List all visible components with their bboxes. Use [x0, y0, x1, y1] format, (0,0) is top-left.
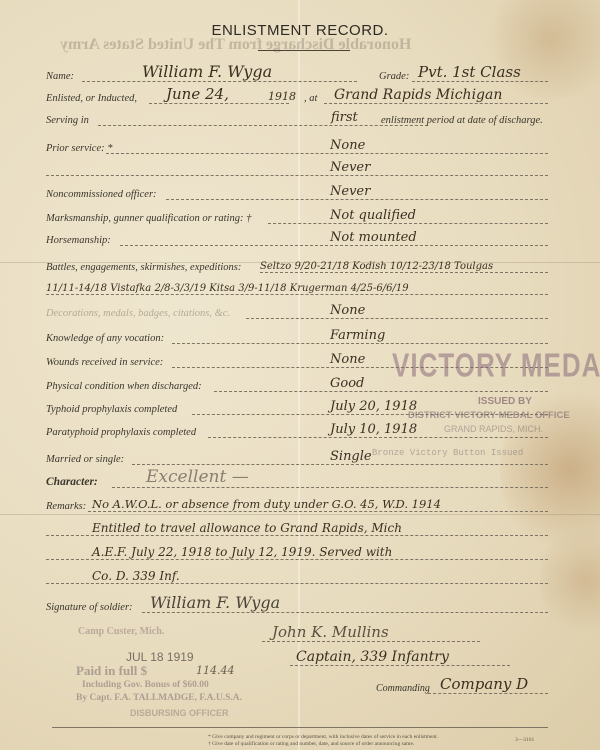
- battles-value-2: 11/11-14/18 Vistafka 2/8-3/3/19 Kitsa 3/…: [46, 283, 409, 294]
- character-value: Excellent —: [146, 467, 249, 487]
- marksmanship-label: Marksmanship, gunner qualification or ra…: [46, 213, 251, 224]
- wounds-label: Wounds received in service:: [46, 357, 163, 368]
- field-prior-service: Prior service: * None: [46, 138, 548, 156]
- marksmanship-value: Not qualified: [330, 208, 416, 223]
- enlisted-label: Enlisted, or Inducted,: [46, 93, 137, 104]
- field-character: Character: Excellent —: [46, 472, 548, 490]
- field-remarks-3: A.E.F. July 22, 1918 to July 12, 1919. S…: [46, 544, 548, 562]
- name-value: William F. Wyga: [142, 62, 272, 81]
- issued-by-stamp: ISSUED BY: [478, 396, 532, 407]
- officer-signature: John K. Mullins: [272, 623, 389, 641]
- document-title: ENLISTMENT RECORD.: [0, 22, 600, 39]
- soldier-signature: William F. Wyga: [150, 593, 280, 612]
- grade-value: Pvt. 1st Class: [418, 63, 521, 81]
- field-enlisted: Enlisted, or Inducted, June 24, 1918 , a…: [46, 88, 548, 106]
- field-signature: Signature of soldier: William F. Wyga: [46, 597, 548, 615]
- remarks-label: Remarks:: [46, 501, 86, 512]
- decorations-value: None: [330, 303, 365, 318]
- commanding-row: Commanding Company D: [376, 678, 560, 696]
- officer-title: Captain, 339 Infantry: [296, 649, 449, 665]
- by-officer-stamp: By Capt. F.A. TALLMADGE, F.A.U.S.A.: [76, 693, 242, 703]
- paid-date-stamp: JUL 18 1919: [126, 650, 194, 664]
- district-office-stamp: DISTRICT VICTORY MEDAL OFFICE: [408, 410, 570, 421]
- prior-service-value-2: Never: [330, 160, 370, 175]
- field-horsemanship: Horsemanship: Not mounted: [46, 230, 548, 248]
- form-number: 3—3161: [515, 737, 534, 743]
- field-remarks-2: Entitled to travel allowance to Grand Ra…: [46, 520, 548, 538]
- nco-label: Noncommissioned officer:: [46, 189, 157, 200]
- battles-label: Battles, engagements, skirmishes, expedi…: [46, 262, 241, 273]
- serving-label: Serving in: [46, 115, 89, 126]
- vocation-label: Knowledge of any vocation:: [46, 333, 164, 344]
- battles-value-1: Seltzo 9/20-21/18 Kodish 10/12-23/18 Tou…: [260, 261, 493, 272]
- paid-amount: 114.44: [196, 664, 235, 677]
- married-label: Married or single:: [46, 454, 124, 465]
- bronze-button-stamp: Bronze Victory Button Issued: [372, 448, 523, 458]
- enlisted-place: Grand Rapids Michigan: [334, 87, 502, 103]
- enlisted-at-label: , at: [304, 93, 317, 104]
- name-label: Name:: [46, 71, 74, 82]
- field-vocation: Knowledge of any vocation: Farming: [46, 328, 548, 346]
- remarks-line-4: Co. D. 339 Inf.: [92, 569, 180, 583]
- commanding-label: Commanding: [376, 683, 430, 694]
- officer-signature-row: John K. Mullins: [262, 626, 480, 644]
- grade-label: Grade:: [379, 71, 409, 82]
- field-name: Name: William F. Wyga Grade: Pvt. 1st Cl…: [46, 66, 548, 84]
- disbursing-officer-stamp: DISBURSING OFFICER: [130, 708, 229, 718]
- field-marksmanship: Marksmanship, gunner qualification or ra…: [46, 208, 548, 226]
- physical-label: Physical condition when discharged:: [46, 381, 202, 392]
- serving-value: first: [331, 110, 358, 125]
- remarks-line-3: A.E.F. July 22, 1918 to July 12, 1919. S…: [92, 545, 392, 559]
- field-battles: Battles, engagements, skirmishes, expedi…: [46, 257, 548, 275]
- paratyphoid-value: July 10, 1918: [330, 422, 417, 437]
- signature-label: Signature of soldier:: [46, 602, 133, 613]
- paid-label-stamp: Paid in full $: [76, 663, 147, 679]
- bonus-stamp: Including Gov. Bonus of $60.00: [82, 680, 209, 690]
- field-remarks-4: Co. D. 339 Inf.: [46, 568, 548, 586]
- enlisted-date: June 24,: [166, 85, 229, 103]
- footnote-1: * Give company and regiment or corps or …: [208, 734, 438, 740]
- commanding-value: Company D: [440, 675, 528, 693]
- prior-service-value: None: [330, 138, 365, 153]
- serving-suffix: enlistment period at date of discharge.: [381, 115, 543, 126]
- field-prior-service-2: Never: [46, 160, 548, 178]
- victory-medal-stamp: VICTORY MEDAL: [392, 345, 600, 385]
- married-value: Single: [330, 449, 372, 464]
- character-label: Character:: [46, 476, 98, 488]
- grand-rapids-stamp: GRAND RAPIDS, MICH.: [444, 424, 543, 434]
- paper-fold: [0, 514, 600, 515]
- officer-title-row: Captain, 339 Infantry: [290, 650, 540, 668]
- horsemanship-label: Horsemanship:: [46, 235, 111, 246]
- water-stain: [480, 0, 600, 100]
- water-stain: [540, 520, 600, 640]
- vocation-value: Farming: [330, 328, 385, 343]
- field-nco: Noncommissioned officer: Never: [46, 184, 548, 202]
- decorations-label: Decorations, medals, badges, citations, …: [46, 308, 230, 319]
- title-underline: [258, 50, 350, 51]
- prior-service-label: Prior service: *: [46, 143, 112, 154]
- physical-value: Good: [330, 376, 364, 391]
- field-serving: Serving in first enlistment period at da…: [46, 110, 548, 128]
- camp-stamp: Camp Custer, Mich.: [78, 626, 164, 637]
- wounds-value: None: [330, 352, 365, 367]
- footer-rule: [52, 727, 548, 728]
- field-battles-2: 11/11-14/18 Vistafka 2/8-3/3/19 Kitsa 3/…: [46, 279, 548, 297]
- enlisted-year: 1918: [268, 90, 296, 103]
- typhoid-value: July 20, 1918: [330, 399, 417, 414]
- remarks-line-1: No A.W.O.L. or absence from duty under G…: [92, 497, 441, 511]
- paratyphoid-label: Paratyphoid prophylaxis completed: [46, 427, 196, 438]
- remarks-line-2: Entitled to travel allowance to Grand Ra…: [92, 521, 402, 535]
- typhoid-label: Typhoid prophylaxis completed: [46, 404, 177, 415]
- field-decorations: Decorations, medals, badges, citations, …: [46, 303, 548, 321]
- field-remarks: Remarks: No A.W.O.L. or absence from dut…: [46, 496, 548, 514]
- footnote-2: † Give date of qualification or rating a…: [208, 741, 414, 747]
- horsemanship-value: Not mounted: [330, 230, 417, 245]
- nco-value: Never: [330, 184, 370, 199]
